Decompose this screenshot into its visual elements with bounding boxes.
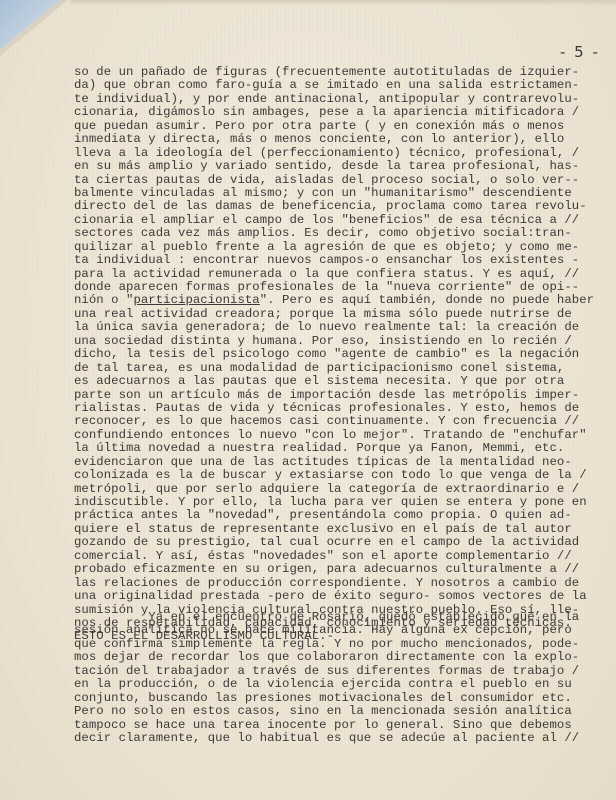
text-line: cionaria el ampliar el campo de los "ben… bbox=[74, 214, 604, 227]
text-line: que confirma simplemente la regla. Y no … bbox=[74, 638, 604, 651]
text-line: sesión analítica no se hace militancia. … bbox=[74, 624, 604, 637]
text-line: decir claramente, que lo habitual es que… bbox=[74, 732, 604, 745]
text-line: da) que obran como faro-guía a se imitad… bbox=[74, 79, 604, 92]
paragraph-2: Ya en el encuentro de Rosario, quedó est… bbox=[74, 611, 604, 745]
text-line: Ya en el encuentro de Rosario, quedó est… bbox=[74, 611, 604, 624]
text-line: donde aparecen formas profesionales de l… bbox=[74, 281, 604, 294]
text-line: evidenciaron que una de las actitudes tí… bbox=[74, 456, 604, 469]
text-line: para la actividad remunerada o la que co… bbox=[74, 268, 604, 281]
underlined-term: participacionista bbox=[133, 293, 259, 307]
text-line: mos dejar de recordar los que colaboraro… bbox=[74, 651, 604, 664]
text-line: práctica antes la "novedad", presentándo… bbox=[74, 509, 604, 522]
page-top-edge bbox=[70, 0, 616, 6]
text-line: dicho, la tesis del psicologo como "agen… bbox=[74, 348, 604, 361]
text-line: una real actividad creadora; porque la m… bbox=[74, 308, 604, 321]
paragraph-1: so de un pañado de figuras (frecuentemen… bbox=[74, 66, 604, 644]
text-line: rialistas. Pautas de vida y técnicas pro… bbox=[74, 402, 604, 415]
text-line: la única savia generadora; de lo nuevo r… bbox=[74, 321, 604, 334]
text-line: sectores cada vez más amplios. Es decir,… bbox=[74, 227, 604, 240]
text-line: de tal tarea, es una modalidad de partic… bbox=[74, 362, 604, 375]
text-line: la última novedad a nuestra realidad. Po… bbox=[74, 442, 604, 455]
text-line: metrópoli, que por serlo adquiere la cat… bbox=[74, 483, 604, 496]
text-line: Pero no solo en estos casos, sino en la … bbox=[74, 705, 604, 718]
text-line: una sociedad distinta y humana. Por eso,… bbox=[74, 335, 604, 348]
text-line: indiscutible. Y por ello, la lucha para … bbox=[74, 496, 604, 509]
text-line: quiere el status de representante exclus… bbox=[74, 523, 604, 536]
text-line: inmediata y directa, más o menos concien… bbox=[74, 133, 604, 146]
text-line: comercial. Y así, éstas "novedades" son … bbox=[74, 550, 604, 563]
text-line: conjunto, buscando las presiones motivac… bbox=[74, 692, 604, 705]
text-line: en la producción, o de la violencia ejer… bbox=[74, 678, 604, 691]
text-line: ta ciertas pautas de vida, aisladas del … bbox=[74, 174, 604, 187]
text-line: gozando de su prestigio, tal cual ocurre… bbox=[74, 536, 604, 549]
text-line: lleva a la ideología del (perfeccionamie… bbox=[74, 147, 604, 160]
text-line: parte son un artículo más de importación… bbox=[74, 389, 604, 402]
text-line: so de un pañado de figuras (frecuentemen… bbox=[74, 66, 604, 79]
text-line: directo del de las damas de beneficencia… bbox=[74, 200, 604, 213]
text-line: reconocer, es lo que hacemos casi contin… bbox=[74, 415, 604, 428]
page-number: - 5 - bbox=[560, 43, 600, 61]
text-line: probado eficazmente en su origen, para a… bbox=[74, 563, 604, 576]
text-line: colonizada es la de buscar y extasiarse … bbox=[74, 469, 604, 482]
text-line: es adecuarnos a las pautas que el sistem… bbox=[74, 375, 604, 388]
text-line: cionaria, digámoslo sin ambages, pese a … bbox=[74, 106, 604, 119]
text-line: te individual), y por ende antinacional,… bbox=[74, 93, 604, 106]
text-line: que puedan asumir. Pero por otra parte (… bbox=[74, 120, 604, 133]
text-line: nión o "participacionista". Pero es aquí… bbox=[74, 294, 604, 307]
text-line: tación del trabajador a través de sus di… bbox=[74, 665, 604, 678]
text-line: tampoco se hace una tarea inocente por l… bbox=[74, 719, 604, 732]
text-line: ta individual : encontrar nuevos campos-… bbox=[74, 254, 604, 267]
text-line: una originalidad prestada -pero de éxito… bbox=[74, 590, 604, 603]
text-line: quilizar al pueblo frente a la agresión … bbox=[74, 241, 604, 254]
text-line: balmente vinculadas al mismo; y con un "… bbox=[74, 187, 604, 200]
text-line: confundiendo entonces lo nuevo "con lo m… bbox=[74, 429, 604, 442]
text-line: en su más amplio y variado sentido, desd… bbox=[74, 160, 604, 173]
text-line: las relaciones de producción correspondi… bbox=[74, 577, 604, 590]
